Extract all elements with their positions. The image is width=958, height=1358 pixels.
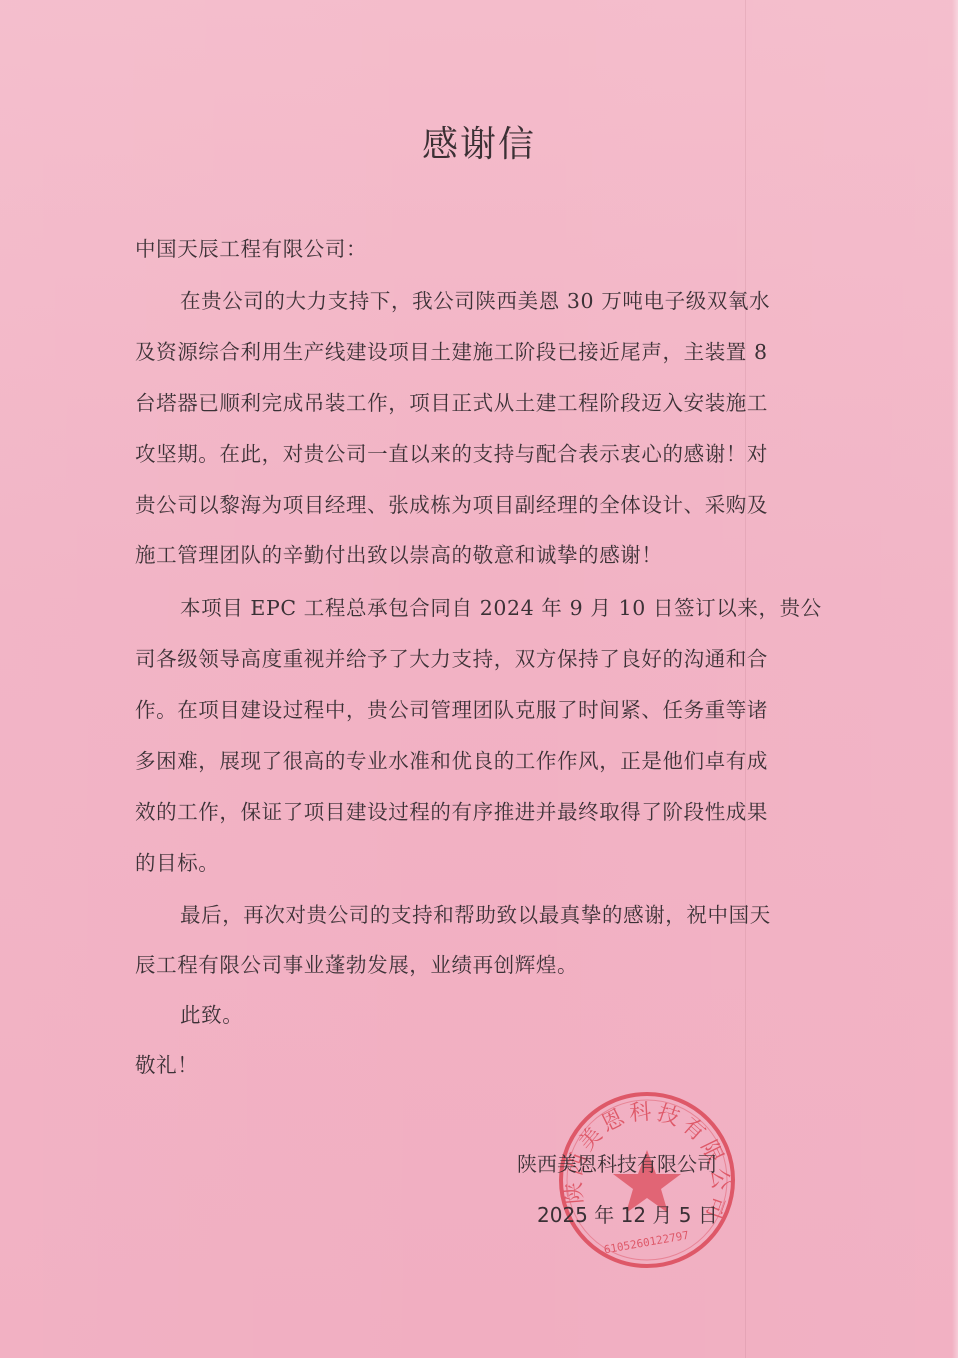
body-line: 本项目 EPC 工程总承包合同自 2024 年 9 月 10 日签订以来，贵公 [180,591,822,621]
body-line: 在贵公司的大力支持下，我公司陕西美恩 30 万吨电子级双氧水 [180,284,770,314]
body-line: 及资源综合利用生产线建设项目土建施工阶段已接近尾声，主装置 8 [135,335,768,365]
svg-text:6105260122797: 6105260122797 [603,1229,690,1257]
letter-date: 2025 年 12 月 5 日 [537,1199,718,1228]
sender-company: 陕西美恩科技有限公司 [517,1148,717,1177]
body-line: 效的工作，保证了项目建设过程的有序推进并最终取得了阶段性成果 [135,795,768,825]
body-line: 辰工程有限公司事业蓬勃发展，业绩再创辉煌。 [135,948,578,978]
paper-crease [745,0,746,1358]
body-line: 最后，再次对贵公司的支持和帮助致以最真挚的感谢，祝中国天 [180,898,771,928]
body-line: 台塔器已顺利完成吊装工作，项目正式从土建工程阶段迈入安装施工 [135,386,768,416]
body-line: 攻坚期。在此，对贵公司一直以来的支持与配合表示衷心的感谢！对 [135,437,768,467]
letter-paper [0,0,958,1358]
body-line: 贵公司以黎海为项目经理、张成栋为项目副经理的全体设计、采购及 [135,488,768,518]
letter-title: 感谢信 [0,116,958,167]
body-line: 的目标。 [135,846,219,876]
body-line: 施工管理团队的辛勤付出致以崇高的敬意和诚挚的感谢！ [135,538,663,568]
body-line: 司各级领导高度重视并给予了大力支持，双方保持了良好的沟通和合 [135,642,768,672]
closing-phrase: 此致。 [180,998,243,1028]
closing-salute: 敬礼！ [135,1048,198,1078]
paper-edge [952,0,958,1358]
company-seal-icon: 陕西美恩科技有限公司 6105260122797 [555,1088,739,1272]
salutation: 中国天辰工程有限公司： [135,232,367,262]
body-line: 多困难，展现了很高的专业水准和优良的工作作风，正是他们卓有成 [135,744,768,774]
body-line: 作。在项目建设过程中，贵公司管理团队克服了时间紧、任务重等诸 [135,693,768,723]
